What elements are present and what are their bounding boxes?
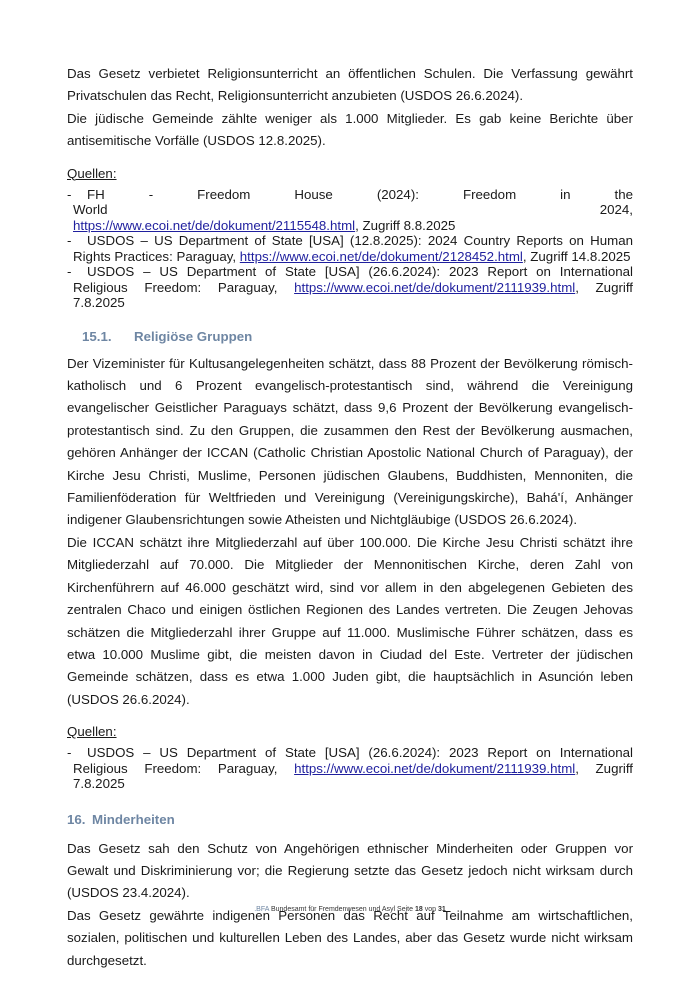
body-paragraph: Das Gesetz verbietet Religionsunterricht…	[67, 63, 633, 108]
source-link[interactable]: https://www.ecoi.net/de/dokument/2111939…	[294, 761, 575, 776]
sources-label: Quellen:	[67, 723, 633, 741]
source-suffix: , Zugriff 8.8.2025	[355, 218, 455, 233]
source-link[interactable]: https://www.ecoi.net/de/dokument/2115548…	[73, 218, 355, 233]
body-paragraph: Der Vizeminister für Kultusangelegenheit…	[67, 353, 633, 532]
source-item: -USDOS – US Department of State [USA] (1…	[67, 233, 633, 264]
source-link[interactable]: https://www.ecoi.net/de/dokument/2128452…	[240, 249, 523, 264]
section-number: 16.	[67, 810, 92, 830]
source-text: FH - Freedom House (2024): Freedom in th…	[73, 187, 633, 218]
body-paragraph: Die jüdische Gemeinde zählte weniger als…	[67, 108, 633, 153]
list-dash: -	[67, 233, 87, 249]
source-item-cont: https://www.ecoi.net/de/dokument/2115548…	[67, 218, 633, 234]
source-suffix: , Zugriff 14.8.2025	[523, 249, 631, 264]
section-heading-16: 16.Minderheiten	[67, 810, 633, 830]
list-dash: -	[67, 264, 87, 280]
footer-page-total: 31	[438, 906, 446, 913]
footer-org: Bundesamt für Fremdenwesen und Asyl	[271, 906, 395, 913]
section-heading-15-1: 15.1.Religiöse Gruppen	[67, 327, 633, 347]
sources-label: Quellen:	[67, 165, 633, 183]
body-paragraph: Das Gesetz sah den Schutz von Angehörige…	[67, 838, 633, 905]
source-item: -USDOS – US Department of State [USA] (2…	[67, 745, 633, 792]
source-item: -FH - Freedom House (2024): Freedom in t…	[67, 187, 633, 218]
footer-of-label: von	[425, 906, 436, 913]
page-footer: .BFA Bundesamt für Fremdenwesen und Asyl…	[0, 906, 700, 913]
footer-page-number: 18	[415, 906, 423, 913]
list-dash: -	[67, 745, 87, 761]
footer-page-label: Seite	[397, 906, 413, 913]
section-title: Minderheiten	[92, 812, 175, 827]
section-title: Religiöse Gruppen	[134, 329, 252, 344]
body-paragraph: Das Gesetz gewährte indigenen Personen d…	[67, 905, 633, 972]
section-number: 15.1.	[67, 327, 134, 347]
body-paragraph: Die ICCAN schätzt ihre Mitgliederzahl au…	[67, 532, 633, 711]
document-page: Das Gesetz verbietet Religionsunterricht…	[67, 63, 633, 972]
bfa-logo: .BFA	[254, 906, 269, 913]
list-dash: -	[67, 187, 87, 203]
source-link[interactable]: https://www.ecoi.net/de/dokument/2111939…	[294, 280, 575, 295]
source-item: -USDOS – US Department of State [USA] (2…	[67, 264, 633, 311]
